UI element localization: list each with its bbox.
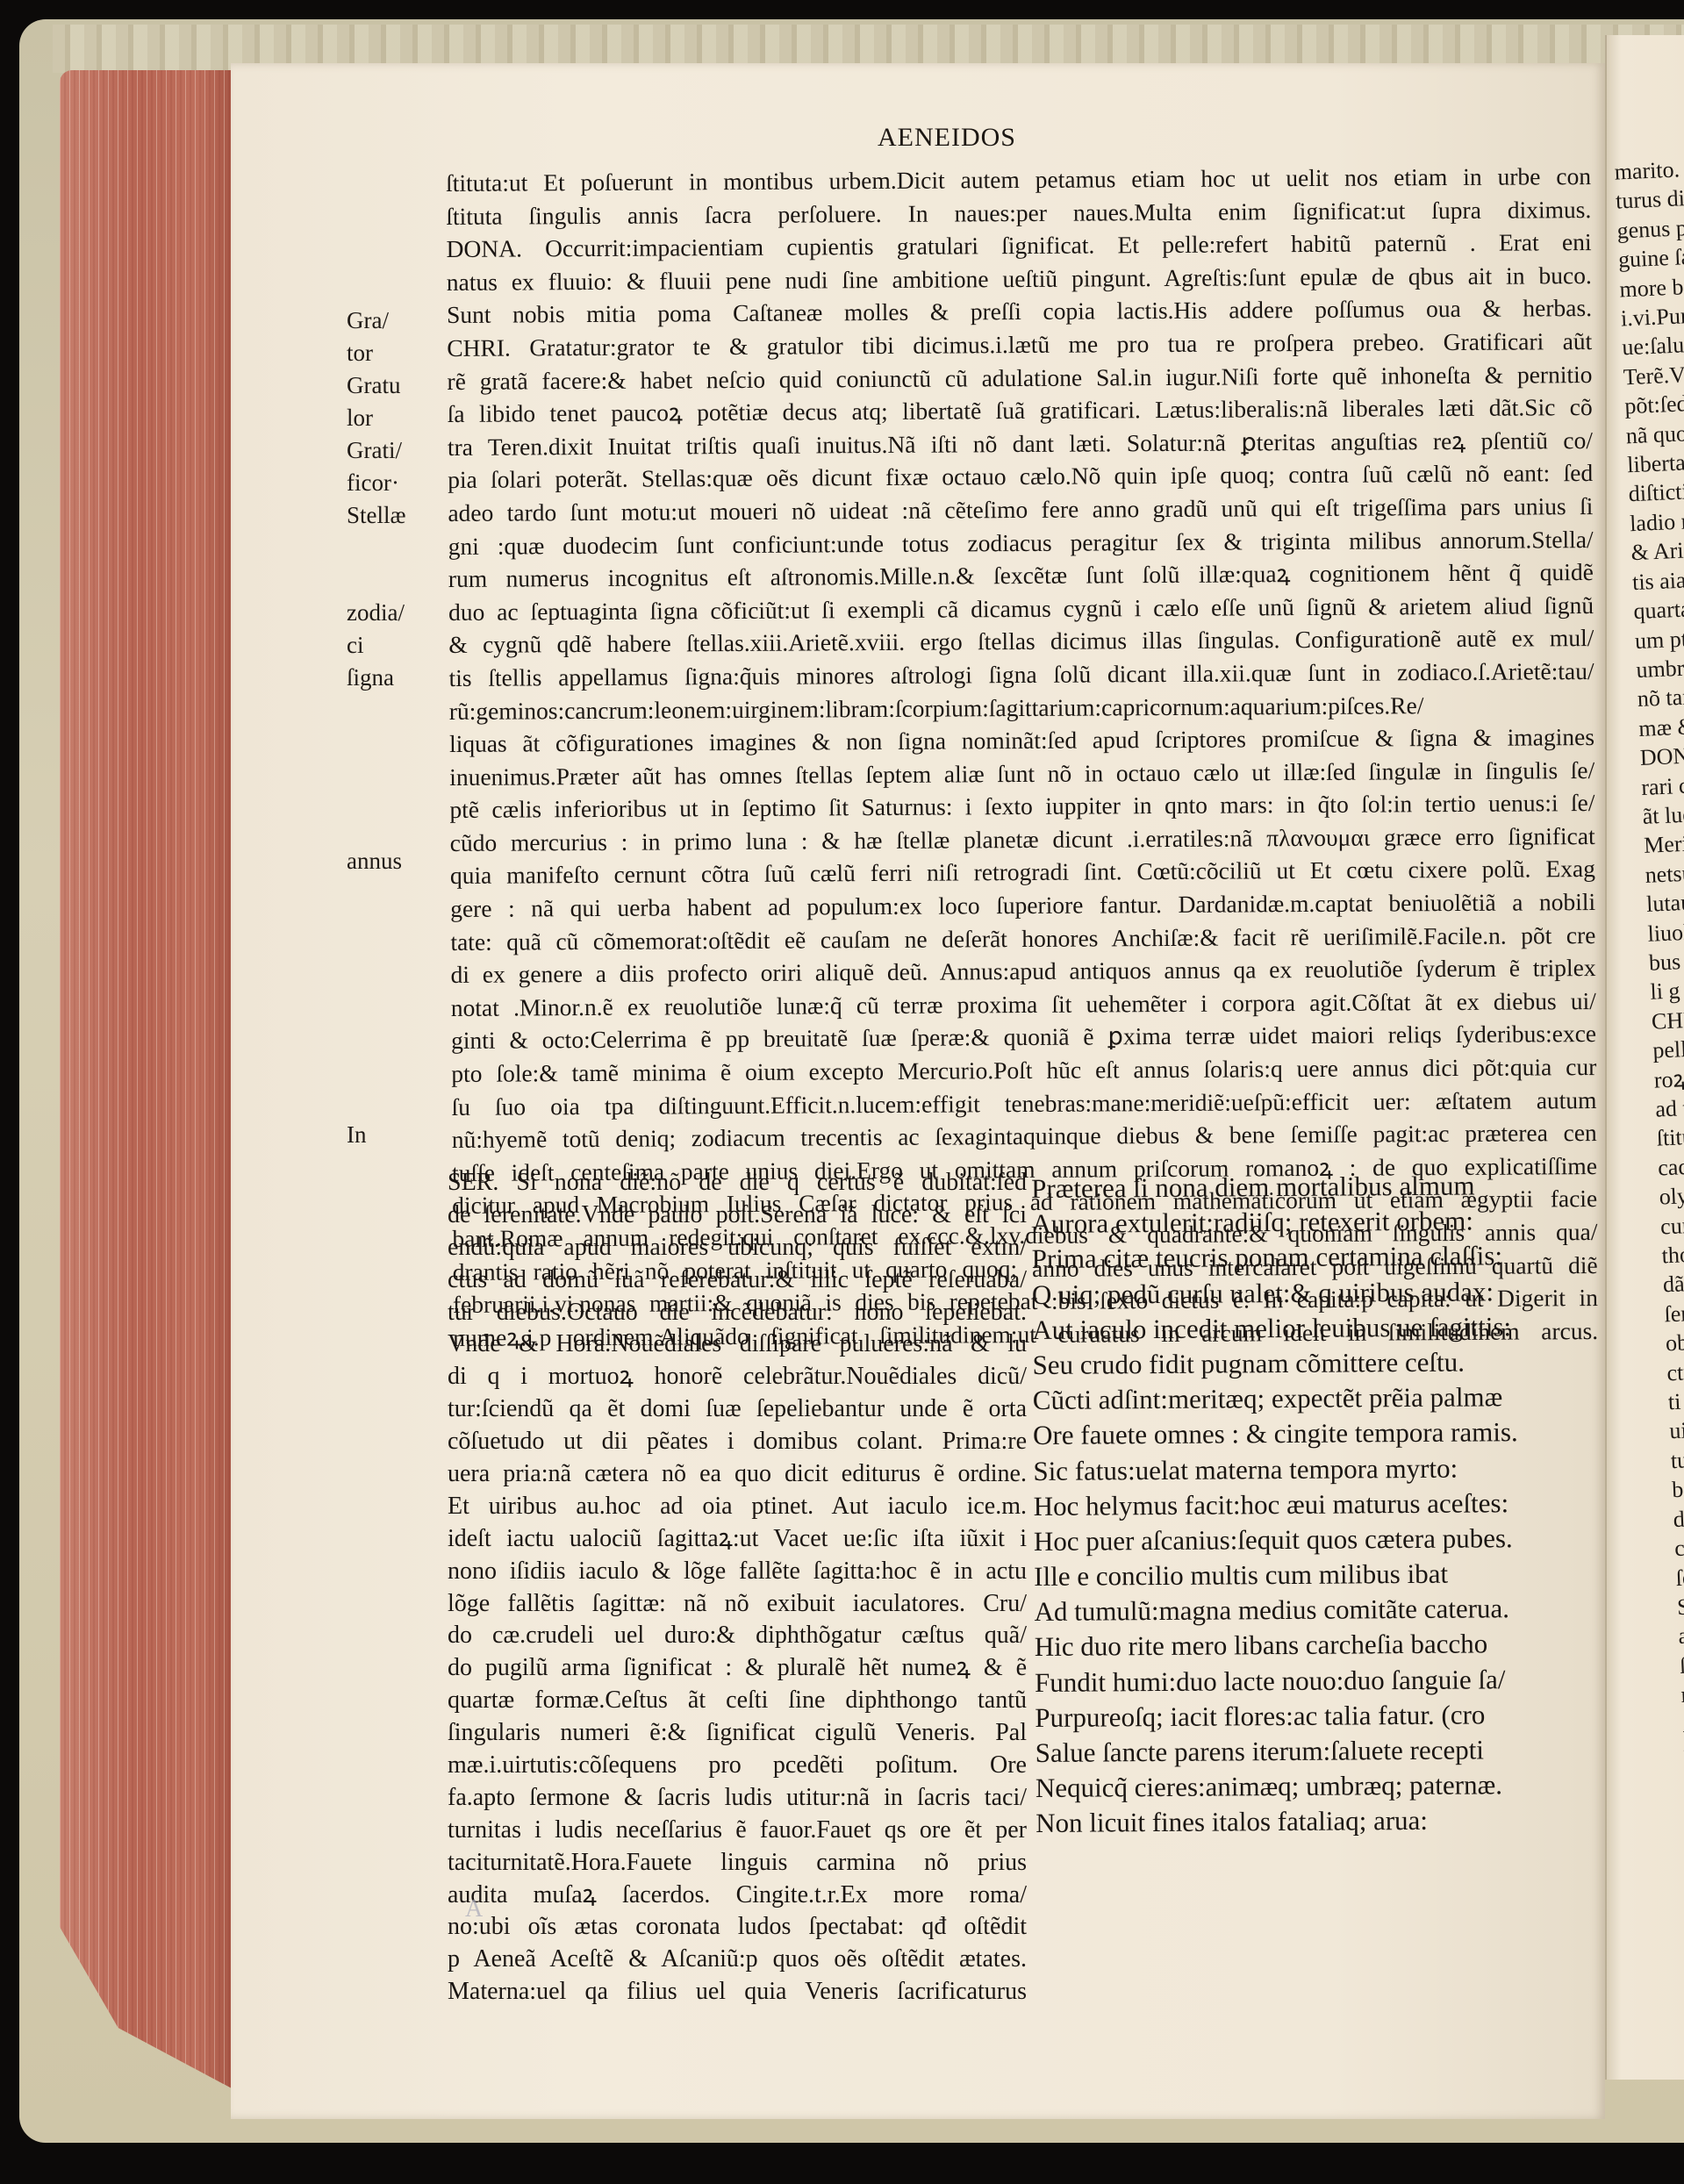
right-page-line: DONA. [1632, 738, 1684, 772]
right-page-text: marito. Hturus dicergenus pocuguine ſa.ſ… [1607, 153, 1684, 1973]
right-page-line: ue:ſalue & u [1615, 328, 1684, 362]
commentary-line: de ſerenitate.Vnde paulo poſt.Serena iã … [448, 1199, 1027, 1232]
right-page-line: rari celebrita [1634, 768, 1684, 802]
right-page-line: ſtituti ſũt a [1649, 1119, 1684, 1153]
right-page-line: lutauerat:c [1638, 884, 1684, 919]
verse-line: Ad tumulũ:magna medius comitãte caterua. [1034, 1591, 1595, 1630]
right-page-line: ſolũ qa ſem [1668, 1558, 1684, 1593]
commentary-line: nono iſidiis iaculo & lõge fallẽte ſagit… [448, 1556, 1027, 1588]
commentary-line: endũ:quia apud maiores ubicunq; quis fui… [448, 1232, 1027, 1264]
verse-line: Seu crudo fidit pugnam cõmittere ceſtu. [1032, 1343, 1594, 1383]
right-page-line: thoracẽ. De [1654, 1236, 1684, 1271]
commentary-line: Vnde & Hora.Nouẽdiales diſſipare puluere… [448, 1328, 1027, 1361]
right-page-line: nõ tantũ uer [1630, 680, 1684, 714]
commentary-line: lõge fallẽtis ſagittæ: nã nõ exibuit iac… [448, 1588, 1027, 1621]
margin-note: In [347, 1121, 367, 1149]
verse-line: Sic fatus:uelat materna tempora myrto: [1033, 1450, 1594, 1489]
right-page-line: turus dicer [1608, 182, 1684, 216]
commentary-line: no:ubi oĩs ætas coronata ludos ſpectabat… [448, 1911, 1027, 1944]
right-page-line: ſiginãt.Nul [1672, 1646, 1684, 1680]
verse-line: Præterea ſi nona diem mortalibus almum [1031, 1168, 1593, 1207]
right-page-line: cauera co [1677, 1763, 1684, 1797]
right-page-line: quarta ĩfra c [1626, 592, 1684, 627]
right-page-line: tis aialibus i [1624, 562, 1684, 597]
right-page-line: more bidẽt [1612, 269, 1684, 304]
verse-line: Ore fauete omnes : & cingite tempora ram… [1033, 1414, 1594, 1454]
right-page-line: Sũt qdẽ pal [1669, 1587, 1684, 1622]
right-page-line: ſerpẽtẽ ab A [1657, 1294, 1684, 1328]
right-page-line: cæo ioui:Te [1666, 1529, 1684, 1563]
right-page-line: umbræ:ut ſ [1629, 650, 1684, 684]
commentary-line: do cæ.crudeli uel duro:& diphthõgatur cæ… [448, 1620, 1027, 1652]
lower-commentary-column: SER. Si nona diẽ:nõ de die q certus ẽ du… [448, 1167, 1027, 2009]
margin-note: Stellæ [347, 502, 406, 529]
commentary-line: SER. Si nona diẽ:nõ de die q certus ẽ du… [448, 1167, 1027, 1199]
margin-note: Gra/ [347, 307, 389, 334]
verse-line: Ille e concilio multis cum milibus ibat [1034, 1556, 1595, 1595]
margin-note: ci [347, 632, 364, 659]
verse-line: Aut iaculo incedit melior leuibus ue ſag… [1032, 1308, 1594, 1348]
margin-note: lor [347, 405, 373, 432]
verse-line: Hoc helymus facit:hoc æui maturus aceſte… [1034, 1485, 1595, 1524]
right-page-line: doꝝ i græci [1666, 1500, 1684, 1534]
right-page-line: netsut lætis [1637, 856, 1684, 890]
right-page-line: cuma bello [1652, 1207, 1684, 1241]
signature-mark-bleedthrough: A [465, 1895, 483, 1923]
commentary-line: p Aeneã Aceſtẽ & Aſcaniũ:p quos oẽs oſtẽ… [448, 1944, 1027, 1976]
verse-line: Nequicq̃ cieres:animæq; umbræq; paternæ. [1035, 1767, 1597, 1807]
right-page-line: cadiæ mõtẽ [1651, 1149, 1684, 1183]
right-page-line: guine ſa.ſci [1610, 240, 1684, 275]
commentary-line: quartæ formæ.Ceſtus ãt ceſti ſine diphth… [448, 1685, 1027, 1717]
right-page-line: marito. H [1607, 153, 1684, 187]
red-page-edges [60, 70, 232, 2088]
commentary-line: Materna:uel qa filius uel quia Veneris ſ… [448, 1976, 1027, 2009]
right-page: marito. Hturus dicergenus pocuguine ſa.ſ… [1605, 35, 1684, 2080]
right-page-line: pellat & n [1645, 1031, 1684, 1065]
right-page-line: ãt ludos nõ [1635, 797, 1684, 831]
right-page-line: liuolebat t [1640, 914, 1684, 949]
verse-line: Non licuit fines italos fataliaq; arua: [1035, 1802, 1597, 1842]
commentary-line: turnitas i ludis neceſſarius ẽ fauor.Fau… [448, 1815, 1027, 1847]
right-page-line: ad tumulũ [1648, 1090, 1684, 1124]
commentary-line: di q i mortuoꝝ honorẽ celebrãtur.Nouẽdia… [448, 1361, 1027, 1393]
verse-line: Prima citæ teucris ponam certamina claſſ… [1032, 1238, 1594, 1278]
margin-note: annus [347, 848, 402, 875]
right-page-line: mem ſumpſ [1676, 1734, 1684, 1768]
running-head: AENEIDOS [878, 123, 1016, 153]
verse-line: Q uiq; pedũ curſu ualet:& q uiribus auda… [1032, 1273, 1594, 1313]
right-page-line: diſtictiõe m [1621, 475, 1684, 509]
right-page-line: ſylua s pa [1674, 1705, 1684, 1739]
commentary-line: ideſt iactu ualociũ ſagittaꝝ:ut Vacet ue… [448, 1523, 1027, 1556]
verse-column: Præterea ſi nona diem mortalibus almumAu… [1031, 1168, 1597, 1842]
verse-line: Purpureoſq; iacit flores:ac talia fatur.… [1035, 1696, 1596, 1736]
right-page-line: ladio rediḋi [1622, 504, 1684, 538]
margin-note: ſigna [347, 664, 394, 691]
right-page-line: mæ & umb [1631, 709, 1684, 743]
commentary-line: uera pria:nã cætera nõ ea quo dicit edit… [448, 1458, 1027, 1491]
commentary-line: ctus ad domũ ſuã referebatur:& illic ſep… [448, 1264, 1027, 1297]
commentary-line: audita muſaꝝ ſacerdos. Cingite.t.r.Ex mo… [448, 1880, 1027, 1912]
right-page-line: ob idq; iſthr [1658, 1324, 1684, 1358]
verse-line: Salue ſancte parens iterum:ſaluete recep… [1035, 1732, 1596, 1772]
right-page-line: bæ humilit [1665, 1471, 1684, 1505]
right-page-line: ſimiq nõ ur [1679, 1793, 1684, 1827]
margin-note: Gratu [347, 372, 400, 399]
right-page-line: libertate ſin [1620, 446, 1684, 480]
verse-line: Fundit humi:duo lacte nouo:duo ſanguie ſ… [1035, 1661, 1596, 1701]
verse-line: Hic duo rite mero libans carcheſia bacch… [1035, 1626, 1596, 1665]
margin-note: ficor· [347, 469, 399, 497]
margin-note: tor [347, 340, 373, 367]
right-page-line: aphrica:ſed [1671, 1617, 1684, 1651]
commentary-line: taciturnitatẽ.Hora.Fauete linguis carmin… [448, 1847, 1027, 1880]
margin-note: Grati/ [347, 437, 402, 464]
margin-note: zodia/ [347, 599, 405, 627]
right-page-line: mæ uni n [1673, 1675, 1684, 1709]
commentary-line: ſingularis numeri ẽ:& ſignificat cigulũ … [448, 1717, 1027, 1750]
right-page-line: i.vi.Purpur [1613, 299, 1684, 333]
right-page-line: bus fuerãt [1641, 943, 1684, 977]
right-page-line: & Ariſto.& [1623, 533, 1684, 568]
commentary-line: tur diebus.Octauo die incẽdebatur: nono … [448, 1297, 1027, 1329]
right-page-line: uis i theban [1662, 1412, 1684, 1446]
commentary-line: do pugilũ arma ſignificat : & pluralẽ hẽ… [448, 1652, 1027, 1685]
right-page-line: roꝝ ꝑſerti [1646, 1060, 1684, 1094]
verse-line: Aurora extulerit:radiiſq; retexerit orbe… [1031, 1203, 1593, 1242]
right-page-line: genus pocu [1609, 211, 1684, 246]
right-page-line: ti honorẽ in [1660, 1383, 1684, 1417]
right-page-line: tuerũt:& qa [1663, 1441, 1684, 1475]
right-page-line: Terẽ.Valeã [1616, 358, 1684, 392]
right-page-line: ctus ẽ.In his [1659, 1353, 1684, 1387]
right-page-line: li g uiuo q [1643, 972, 1684, 1006]
right-page-line: nã quo tpe [1618, 416, 1684, 450]
commentary-line: fa.apto ſermone & ſacris ludis utitur:nã… [448, 1782, 1027, 1815]
right-page-line: olympias.H [1652, 1178, 1684, 1212]
commentary-line: tur:ſciendũ qa ẽt domi ſuæ ſepeliebantur… [448, 1393, 1027, 1426]
right-page-line: um pticeps [1627, 621, 1684, 655]
verse-line: Hoc puer aſcanius:ſequit quos cætera pub… [1034, 1520, 1595, 1559]
right-page-line: cẽs rõburel [1680, 1822, 1684, 1856]
verse-line: Cũcti adſint:meritæq; expectẽt prẽia pal… [1033, 1379, 1594, 1419]
right-page-line: Meritæ:pr [1637, 827, 1684, 861]
commentary-line: mæ.i.uirtutis:cõſequens pro pcedẽti poſi… [448, 1750, 1027, 1782]
right-page-line: dẽ ide deflu [1681, 1851, 1684, 1886]
right-page-line: dã cẽtauroꝝ [1655, 1265, 1684, 1300]
right-page-line: CHRI. [1644, 1002, 1684, 1036]
commentary-line: Et uiribus au.hoc ad oia ptinet. Aut iac… [448, 1491, 1027, 1523]
right-page-line: põt:ſed ut,ſ [1617, 387, 1684, 421]
commentary-line: cõſuetudo ut dii pẽates i domibus colant… [448, 1426, 1027, 1458]
